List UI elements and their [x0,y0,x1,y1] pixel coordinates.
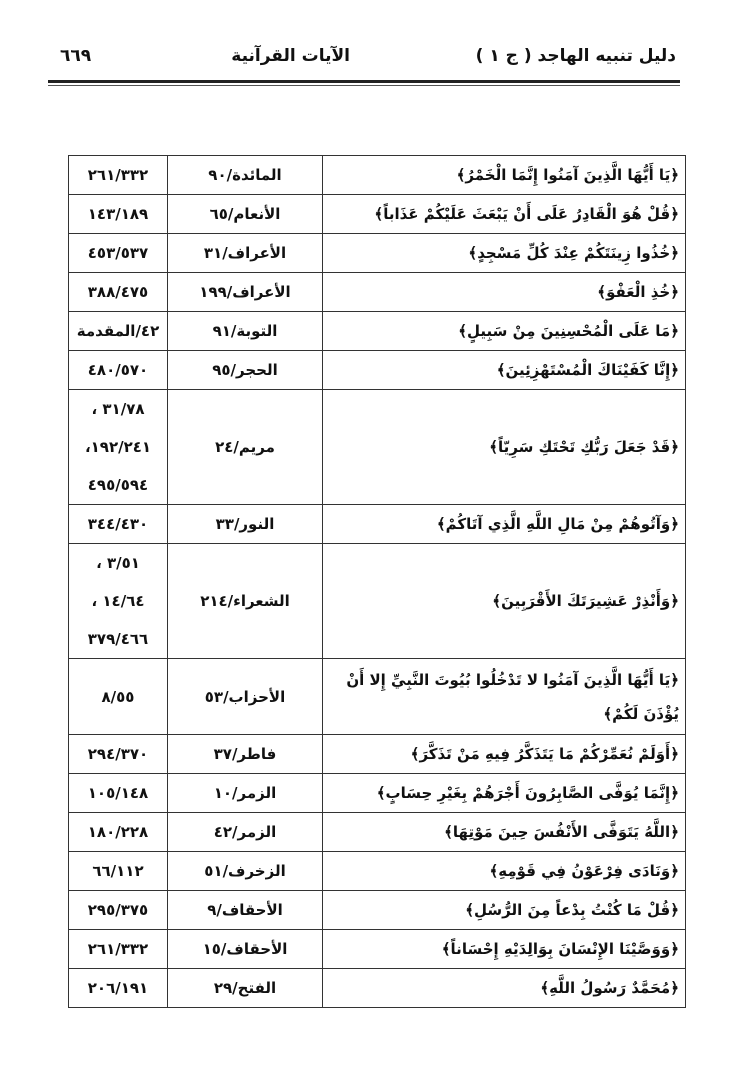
verse-cell: ﴿يَا أَيُّهَا الَّذِينَ آمَنُوا إِنَّمَا… [323,156,686,195]
page-ref-cell: ١٨٠/٢٢٨ [69,813,168,852]
table-row: ﴿قُلْ مَا كُنْتُ بِدْعاً مِنَ الرُّسُلِ﴾… [69,891,686,930]
table-row: ﴿مَا عَلَى الْمُحْسِنِينَ مِنْ سَبِيلٍ﴾ … [69,312,686,351]
page-ref-cell: ٣٤٤/٤٣٠ [69,505,168,544]
surah-ref-cell: الزخرف/٥١ [168,852,323,891]
page-ref-cell: ٣/٥١ ، ١٤/٦٤ ، ٣٧٩/٤٦٦ [69,544,168,659]
page-ref-cell: ٢٩٤/٣٧٠ [69,735,168,774]
table-row: ﴿إِنَّا كَفَيْنَاكَ الْمُسْتَهْزِئِينَ﴾ … [69,351,686,390]
verse-cell: ﴿وَأَنْذِرْ عَشِيرَتَكَ الأَقْرَبِينَ﴾ [323,544,686,659]
verse-cell: ﴿أَوَلَمْ نُعَمِّرْكُمْ مَا يَتَذَكَّرُ … [323,735,686,774]
table-row: ﴿وَأَنْذِرْ عَشِيرَتَكَ الأَقْرَبِينَ﴾ ا… [69,544,686,659]
verse-cell: ﴿قُلْ هُوَ الْقَادِرُ عَلَى أَنْ يَبْعَث… [323,195,686,234]
verse-cell: ﴿إِنَّمَا يُوَفَّى الصَّابِرُونَ أَجْرَه… [323,774,686,813]
surah-ref-cell: الأحقاف/٩ [168,891,323,930]
verse-cell: ﴿قَدْ جَعَلَ رَبُّكِ تَحْتَكِ سَرِيّاً﴾ [323,390,686,505]
verse-cell: ﴿مُحَمَّدٌ رَسُولُ اللَّهِ﴾ [323,969,686,1008]
surah-ref-cell: النور/٣٣ [168,505,323,544]
page-ref-cell: ١٤٣/١٨٩ [69,195,168,234]
page-ref-cell: ٨/٥٥ [69,659,168,735]
table-row: ﴿يَا أَيُّهَا الَّذِينَ آمَنُوا إِنَّمَا… [69,156,686,195]
surah-ref-cell: الأحقاف/١٥ [168,930,323,969]
surah-ref-cell: الأعراف/١٩٩ [168,273,323,312]
verse-cell: ﴿يَا أَيُّهَا الَّذِينَ آمَنُوا لا تَدْخ… [323,659,686,735]
surah-ref-cell: الزمر/١٠ [168,774,323,813]
book-title: دليل تنبيه الهاجد ( ج ١ ) [476,46,676,66]
surah-ref-cell: الشعراء/٢١٤ [168,544,323,659]
table-row: ﴿وَنَادَى فِرْعَوْنُ فِي قَوْمِهِ﴾ الزخر… [69,852,686,891]
header-divider-thin [48,85,680,86]
table-row: ﴿وَوَصَّيْنَا الإِنْسَانَ بِوَالِدَيْهِ … [69,930,686,969]
table-row: ﴿خُذِ الْعَفْوَ﴾ الأعراف/١٩٩ ٣٨٨/٤٧٥ [69,273,686,312]
page-ref-cell: ٣١/٧٨ ، ١٩٢/٢٤١، ٤٩٥/٥٩٤ [69,390,168,505]
page-ref-cell: ١٠٥/١٤٨ [69,774,168,813]
verse-cell: ﴿وَوَصَّيْنَا الإِنْسَانَ بِوَالِدَيْهِ … [323,930,686,969]
verse-cell: ﴿خُذُوا زِينَتَكُمْ عِنْدَ كُلِّ مَسْجِد… [323,234,686,273]
table-row: ﴿إِنَّمَا يُوَفَّى الصَّابِرُونَ أَجْرَه… [69,774,686,813]
table-row: ﴿يَا أَيُّهَا الَّذِينَ آمَنُوا لا تَدْخ… [69,659,686,735]
surah-ref-cell: المائدة/٩٠ [168,156,323,195]
table-row: ﴿مُحَمَّدٌ رَسُولُ اللَّهِ﴾ الفتح/٢٩ ٢٠٦… [69,969,686,1008]
page-number: ٦٦٩ [60,46,91,66]
surah-ref-cell: الأعراف/٣١ [168,234,323,273]
table-row: ﴿قَدْ جَعَلَ رَبُّكِ تَحْتَكِ سَرِيّاً﴾ … [69,390,686,505]
page-ref-cell: ٢٩٥/٣٧٥ [69,891,168,930]
verse-cell: ﴿وَآتُوهُمْ مِنْ مَالِ اللَّهِ الَّذِي آ… [323,505,686,544]
verse-cell: ﴿اللَّهُ يَتَوَفَّى الأَنْفُسَ حِينَ مَو… [323,813,686,852]
surah-ref-cell: الفتح/٢٩ [168,969,323,1008]
page-ref-cell: ٤٥٣/٥٣٧ [69,234,168,273]
surah-ref-cell: الحجر/٩٥ [168,351,323,390]
surah-ref-cell: الأحزاب/٥٣ [168,659,323,735]
verse-cell: ﴿وَنَادَى فِرْعَوْنُ فِي قَوْمِهِ﴾ [323,852,686,891]
running-header: دليل تنبيه الهاجد ( ج ١ ) الآيات القرآني… [48,46,680,72]
surah-ref-cell: التوبة/٩١ [168,312,323,351]
surah-ref-cell: الزمر/٤٢ [168,813,323,852]
surah-ref-cell: مريم/٢٤ [168,390,323,505]
surah-ref-cell: فاطر/٣٧ [168,735,323,774]
verse-cell: ﴿إِنَّا كَفَيْنَاكَ الْمُسْتَهْزِئِينَ﴾ [323,351,686,390]
page-ref-cell: ٤٢/المقدمة [69,312,168,351]
surah-ref-cell: الأنعام/٦٥ [168,195,323,234]
page-ref-cell: ٣٨٨/٤٧٥ [69,273,168,312]
header-divider [48,80,680,83]
page-ref-cell: ٢٦١/٣٣٢ [69,930,168,969]
page-ref-cell: ٢٠٦/١٩١ [69,969,168,1008]
table-row: ﴿اللَّهُ يَتَوَفَّى الأَنْفُسَ حِينَ مَو… [69,813,686,852]
table-row: ﴿وَآتُوهُمْ مِنْ مَالِ اللَّهِ الَّذِي آ… [69,505,686,544]
page-ref-cell: ٤٨٠/٥٧٠ [69,351,168,390]
verse-cell: ﴿خُذِ الْعَفْوَ﴾ [323,273,686,312]
page-ref-cell: ٢٦١/٣٣٢ [69,156,168,195]
table-row: ﴿خُذُوا زِينَتَكُمْ عِنْدَ كُلِّ مَسْجِد… [69,234,686,273]
table-row: ﴿قُلْ هُوَ الْقَادِرُ عَلَى أَنْ يَبْعَث… [69,195,686,234]
page-ref-cell: ٦٦/١١٢ [69,852,168,891]
table-row: ﴿أَوَلَمْ نُعَمِّرْكُمْ مَا يَتَذَكَّرُ … [69,735,686,774]
verses-index-table: ﴿يَا أَيُّهَا الَّذِينَ آمَنُوا إِنَّمَا… [68,155,686,1008]
section-title: الآيات القرآنية [231,46,350,66]
verse-cell: ﴿قُلْ مَا كُنْتُ بِدْعاً مِنَ الرُّسُلِ﴾ [323,891,686,930]
verse-cell: ﴿مَا عَلَى الْمُحْسِنِينَ مِنْ سَبِيلٍ﴾ [323,312,686,351]
